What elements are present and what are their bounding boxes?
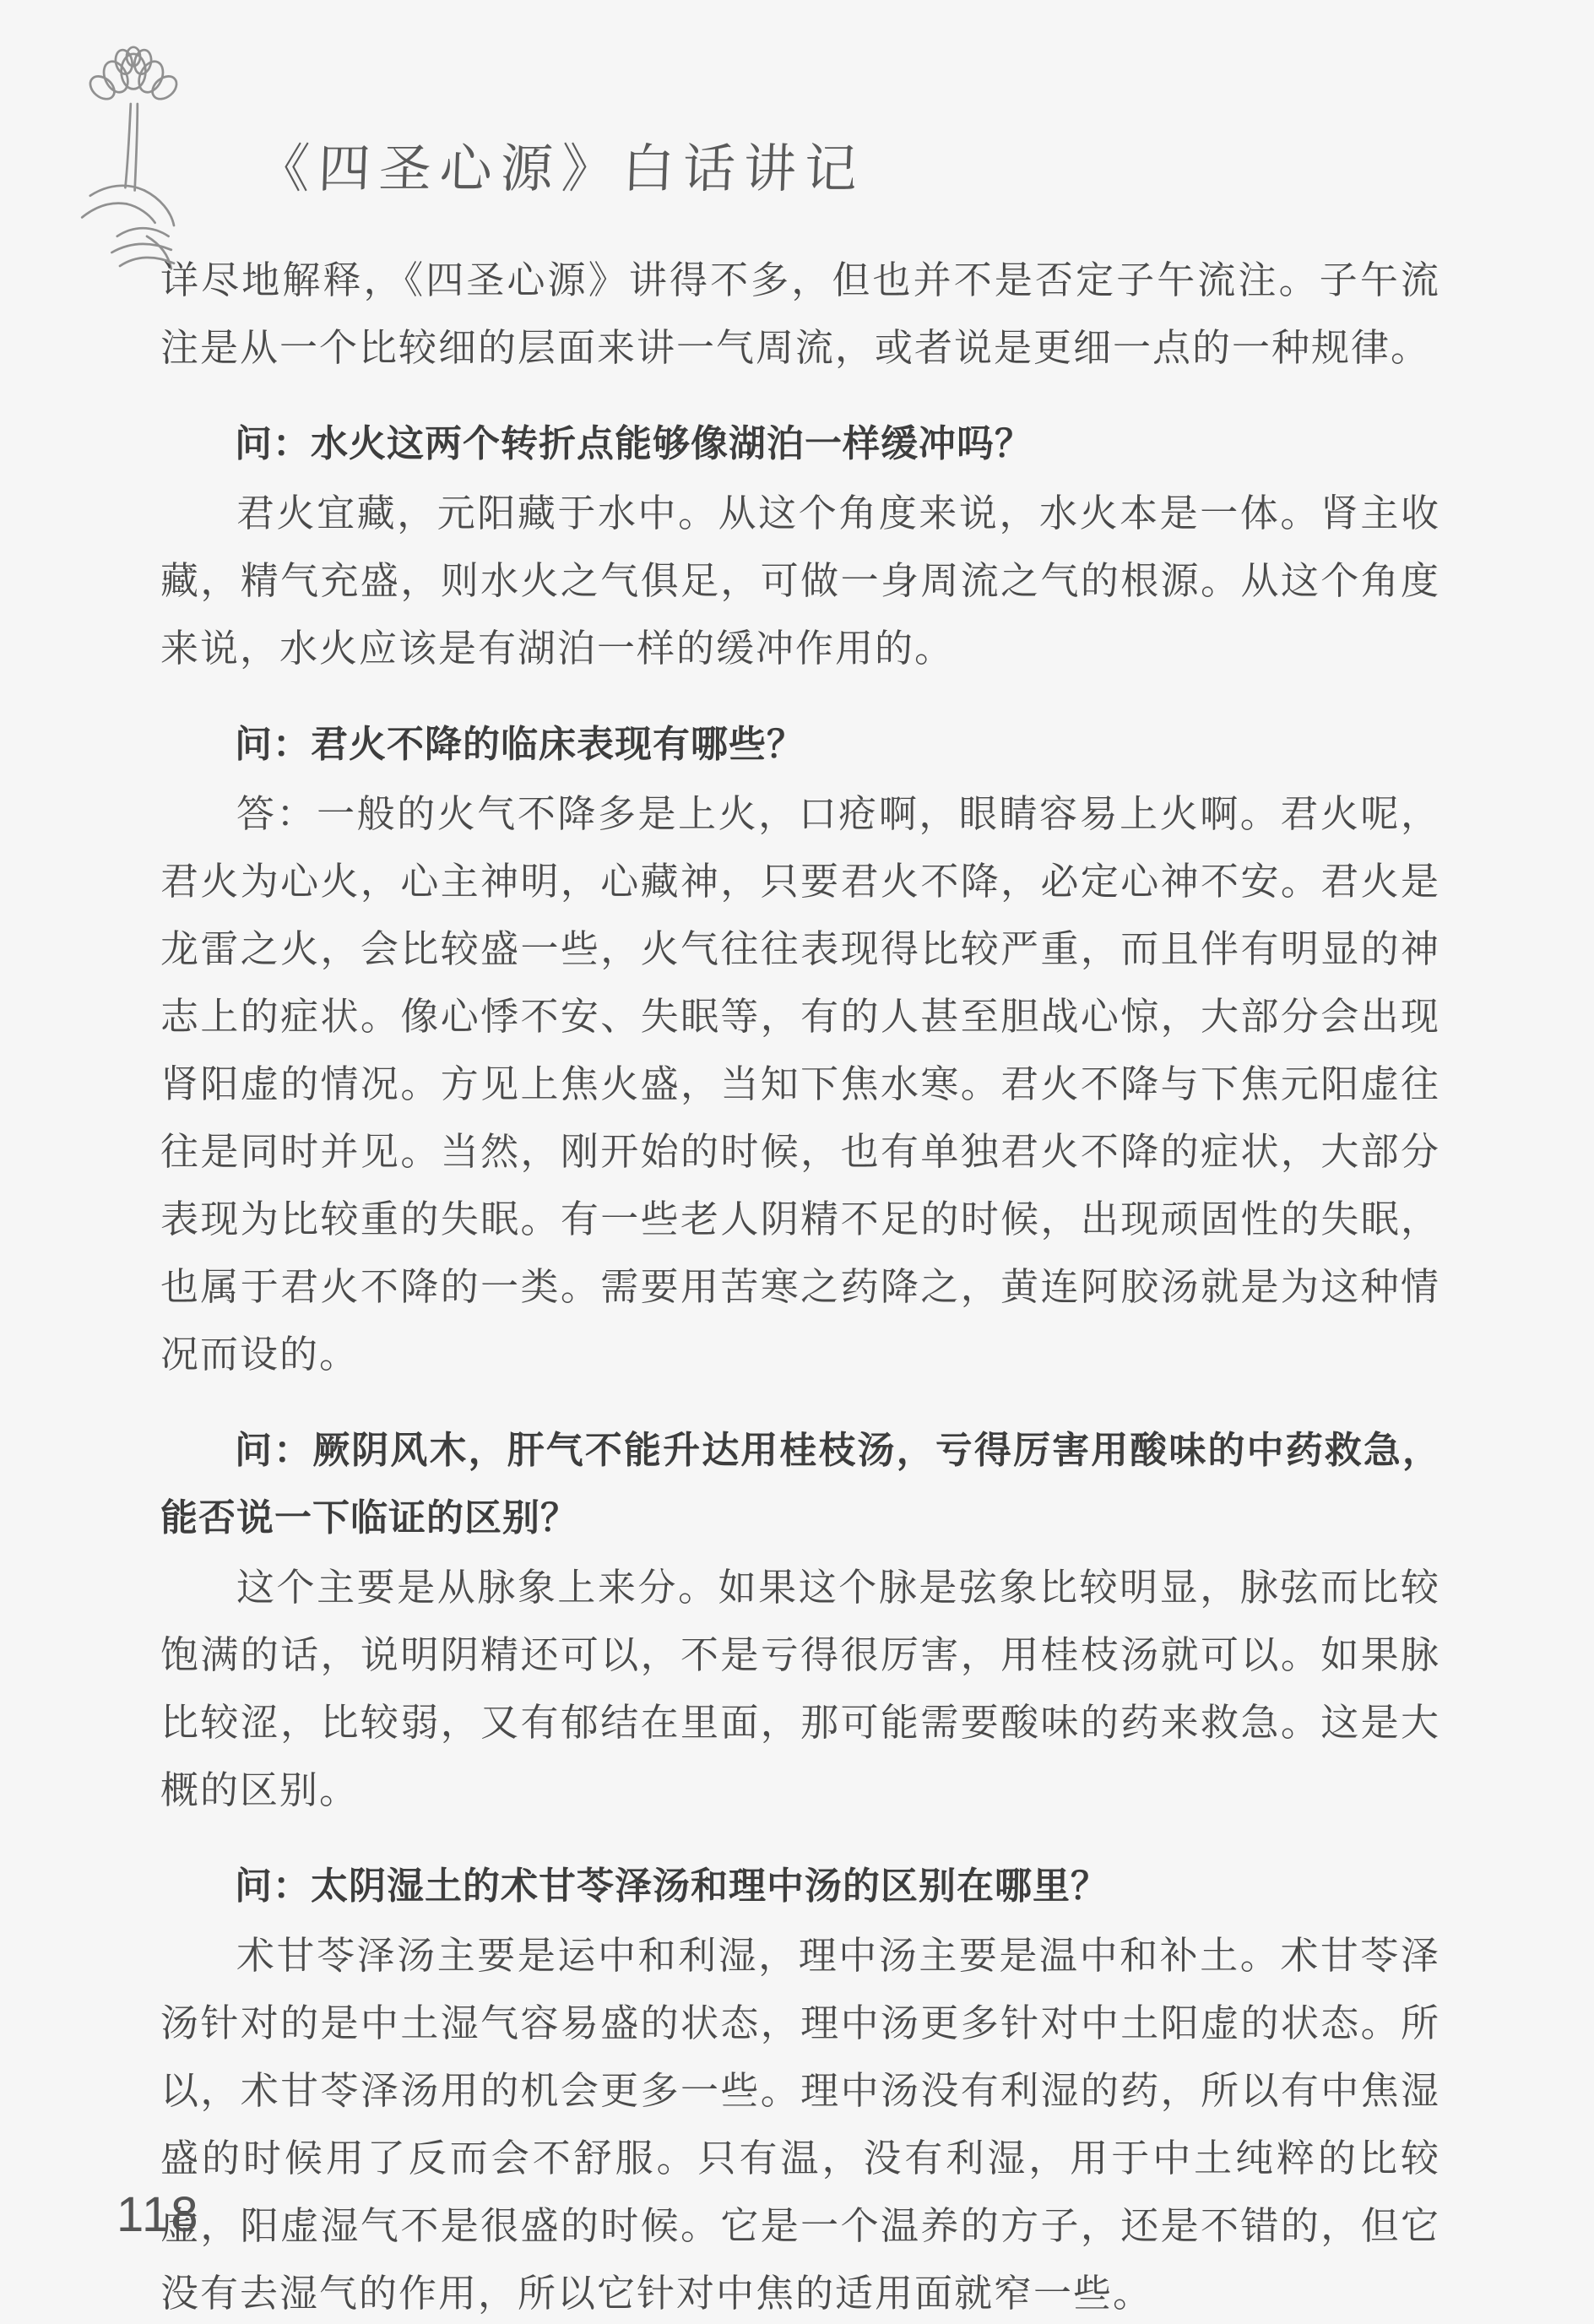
book-title: 《四圣心源》白话讲记 — [256, 127, 866, 202]
page-number: 118 — [117, 2186, 199, 2243]
question-2: 问：君火不降的临床表现有哪些？ — [160, 711, 1440, 779]
question-1: 问：水火这两个转折点能够像湖泊一样缓冲吗？ — [160, 410, 1440, 478]
question-3: 问：厥阴风木，肝气不能升达用桂枝汤，亏得厉害用酸味的中药救急，能否说一下临证的区… — [160, 1417, 1440, 1552]
question-4: 问：太阴湿土的术甘苓泽汤和理中汤的区别在哪里？ — [160, 1853, 1440, 1920]
intro-paragraph: 详尽地解释，《四圣心源》讲得不多，但也并不是否定子午流注。子午流注是从一个比较细… — [160, 247, 1440, 382]
page-content: 详尽地解释，《四圣心源》讲得不多，但也并不是否定子午流注。子午流注是从一个比较细… — [160, 247, 1440, 2324]
answer-3: 这个主要是从脉象上来分。如果这个脉是弦象比较明显，脉弦而比较饱满的话，说明阴精还… — [160, 1554, 1440, 1824]
answer-4: 术甘苓泽汤主要是运中和利湿，理中汤主要是温中和补土。术甘苓泽汤针对的是中土湿气容… — [160, 1922, 1440, 2324]
book-page: 《四圣心源》白话讲记 详尽地解释，《四圣心源》讲得不多，但也并不是否定子午流注。… — [0, 0, 1594, 2324]
answer-2: 答：一般的火气不降多是上火，口疮啊，眼睛容易上火啊。君火呢，君火为心火，心主神明… — [160, 780, 1440, 1388]
hand-holding-lotus-icon — [66, 35, 201, 280]
answer-1: 君火宜藏，元阳藏于水中。从这个角度来说，水火本是一体。肾主收藏，精气充盛，则水火… — [160, 480, 1440, 682]
